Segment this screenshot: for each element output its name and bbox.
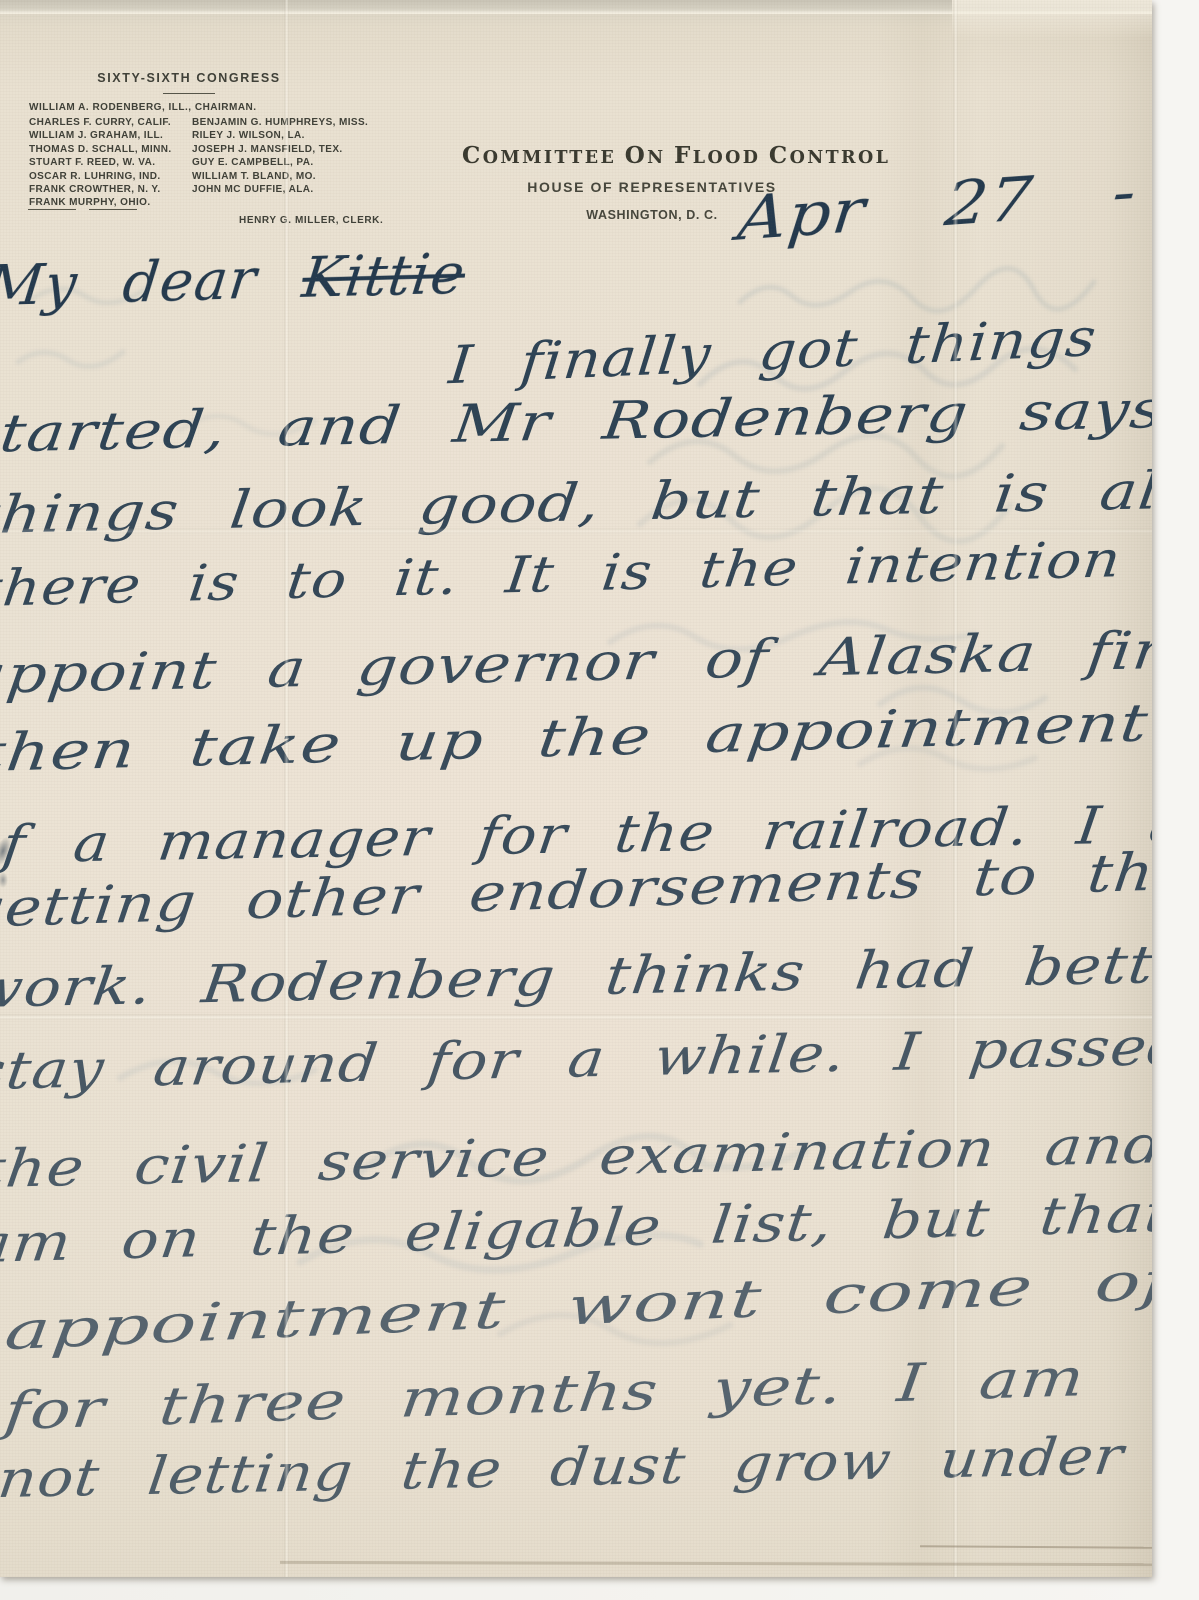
congress-title: SIXTY-SIXTH CONGRESS bbox=[96, 71, 282, 85]
member-name: WILLIAM T. BLAND, MO. bbox=[192, 170, 368, 183]
handwritten-line: then take up the appointment bbox=[0, 693, 1152, 784]
salutation: My dear Kittie bbox=[0, 241, 469, 319]
member-name: WILLIAM J. GRAHAM, ILL. bbox=[29, 129, 192, 142]
committee-name-initial: C bbox=[462, 142, 483, 169]
under-sheet-edge bbox=[920, 1545, 1152, 1549]
chairman-name: WILLIAM A. RODENBERG, ILL., CHAIRMAN. bbox=[29, 102, 257, 113]
committee-members-list: CHARLES F. CURRY, CALIF.WILLIAM J. GRAHA… bbox=[29, 116, 368, 210]
committee-name-initial: C bbox=[769, 142, 790, 169]
member-name: GUY E. CAMPBELL, PA. bbox=[192, 156, 368, 169]
members-column-right: BENJAMIN G. HUMPHREYS, MISS.RILEY J. WIL… bbox=[192, 116, 368, 210]
salutation-prefix: My dear bbox=[0, 246, 306, 320]
member-name: THOMAS D. SCHALL, MINN. bbox=[29, 143, 192, 156]
handwritten-line: the civil service examination and bbox=[0, 1115, 1152, 1200]
handwritten-line: work. Rodenberg thinks had better bbox=[0, 934, 1152, 1020]
committee-name-initial: O bbox=[625, 142, 647, 169]
handwritten-line: appoint a governor of Alaska first bbox=[0, 620, 1152, 706]
under-sheet-edge bbox=[280, 1561, 1152, 1566]
members-column-left: CHARLES F. CURRY, CALIF.WILLIAM J. GRAHA… bbox=[29, 116, 192, 210]
paper-corner-fold bbox=[952, 0, 1152, 38]
salutation-name: Kittie bbox=[299, 241, 469, 310]
clerk-name: HENRY G. MILLER, CLERK. bbox=[239, 215, 383, 226]
handwritten-line: not letting the dust grow under bbox=[0, 1426, 1127, 1510]
handwritten-line: started, and Mr Rodenberg says bbox=[0, 380, 1152, 465]
handwritten-line: stay around for a while. I passed bbox=[0, 1017, 1152, 1103]
member-name: STUART F. REED, W. VA. bbox=[29, 156, 192, 169]
member-name: BENJAMIN G. HUMPHREYS, MISS. bbox=[192, 116, 368, 129]
member-name: CHARLES F. CURRY, CALIF. bbox=[29, 116, 192, 129]
congress-title-rule bbox=[163, 93, 215, 94]
member-name: OSCAR R. LUHRING, IND. bbox=[29, 170, 192, 183]
letter-paper: SIXTY-SIXTH CONGRESS WILLIAM A. RODENBER… bbox=[0, 0, 1152, 1577]
committee-name: COMMITTEE ON FLOOD CONTROL bbox=[462, 142, 842, 169]
member-name: FRANK MURPHY, OHIO. bbox=[29, 196, 192, 209]
member-name: JOSEPH J. MANSFIELD, TEX. bbox=[192, 143, 368, 156]
member-name: FRANK CROWTHER, N. Y. bbox=[29, 183, 192, 196]
committee-name-initial: F bbox=[674, 142, 693, 169]
member-name: JOHN MC DUFFIE, ALA. bbox=[192, 183, 368, 196]
divider-rules bbox=[28, 209, 137, 210]
member-name: RILEY J. WILSON, LA. bbox=[192, 129, 368, 142]
handwritten-line: for three months yet. I am bbox=[1, 1348, 1088, 1442]
scanned-letter: SIXTY-SIXTH CONGRESS WILLIAM A. RODENBER… bbox=[0, 0, 1199, 1600]
